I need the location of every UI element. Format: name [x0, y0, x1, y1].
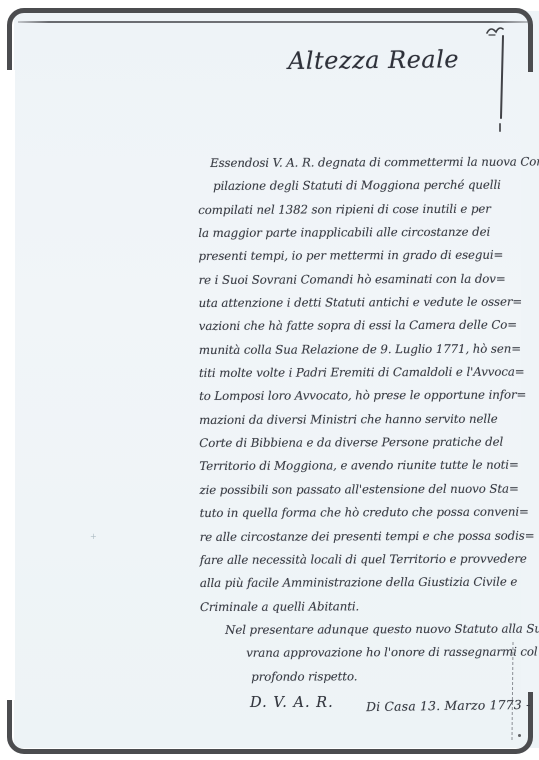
manuscript-line: to Lomposi loro Avvocato, hò prese le op… [199, 384, 539, 409]
manuscript-line: profondo rispetto. [251, 664, 539, 689]
letter-body: Essendosi V. A. R. degnata di commetterm… [198, 151, 539, 689]
manuscript-line: re i Suoi Sovrani Comandi hò esaminati c… [199, 267, 539, 292]
vertical-ink-line-tail [499, 123, 501, 132]
manuscript-line: munità colla Sua Relazione de 9. Luglio … [199, 337, 539, 362]
manuscript-line: alla più facile Amministrazione della Gi… [200, 571, 539, 596]
manuscript-line: la maggior parte inapplicabili alle circ… [198, 221, 538, 246]
plus-speck: + [90, 532, 97, 541]
ink-speck [518, 734, 521, 737]
frame-gap-left [0, 70, 15, 700]
manuscript-line: pilazione degli Statuti di Moggiona perc… [213, 174, 538, 199]
manuscript-line: mazioni da diversi Ministri che hanno se… [199, 407, 539, 432]
manuscript-line: zie possibili son passato all'estensione… [199, 477, 539, 502]
manuscript-line: titi molte volte i Padri Eremiti di Cama… [199, 361, 539, 386]
valediction-abbreviation: D. V. A. R. [250, 695, 334, 711]
manuscript-line: Nel presentare adunque questo nuovo Stat… [225, 617, 539, 642]
dateline: Di Casa 13. Marzo 1773 - [366, 697, 531, 714]
manuscript-line: Corte di Bibbiena e da diverse Persone p… [199, 431, 539, 456]
manuscript-line: presenti tempi, io per mettermi in grado… [198, 244, 538, 269]
manuscript-line: vazioni che hà fatte sopra di essi la Ca… [199, 314, 539, 339]
manuscript-line: uta attenzione i detti Statuti antichi e… [199, 291, 539, 316]
folio-mark-icon [486, 25, 508, 37]
manuscript-line: re alle circostanze dei presenti tempi e… [200, 524, 539, 549]
letter-heading: Altezza Reale [288, 45, 478, 75]
scanned-manuscript-view: Altezza Reale Essendosi V. A. R. degnata… [0, 0, 539, 760]
manuscript-line: Territorio di Moggiona, e avendo riunite… [199, 454, 539, 479]
manuscript-line: fare alle necessità locali di quel Terri… [200, 547, 539, 572]
manuscript-line: Essendosi V. A. R. degnata di commetterm… [210, 151, 538, 176]
manuscript-line: Criminale a quelli Abitanti. [200, 594, 539, 619]
manuscript-line: tuto in quella forma che hò creduto che … [200, 501, 539, 526]
scan-edge-line [18, 21, 530, 23]
manuscript-line: compilati nel 1382 son ripieni di cose i… [198, 197, 538, 222]
manuscript-line: vrana approvazione ho l'onore di rassegn… [246, 641, 539, 666]
